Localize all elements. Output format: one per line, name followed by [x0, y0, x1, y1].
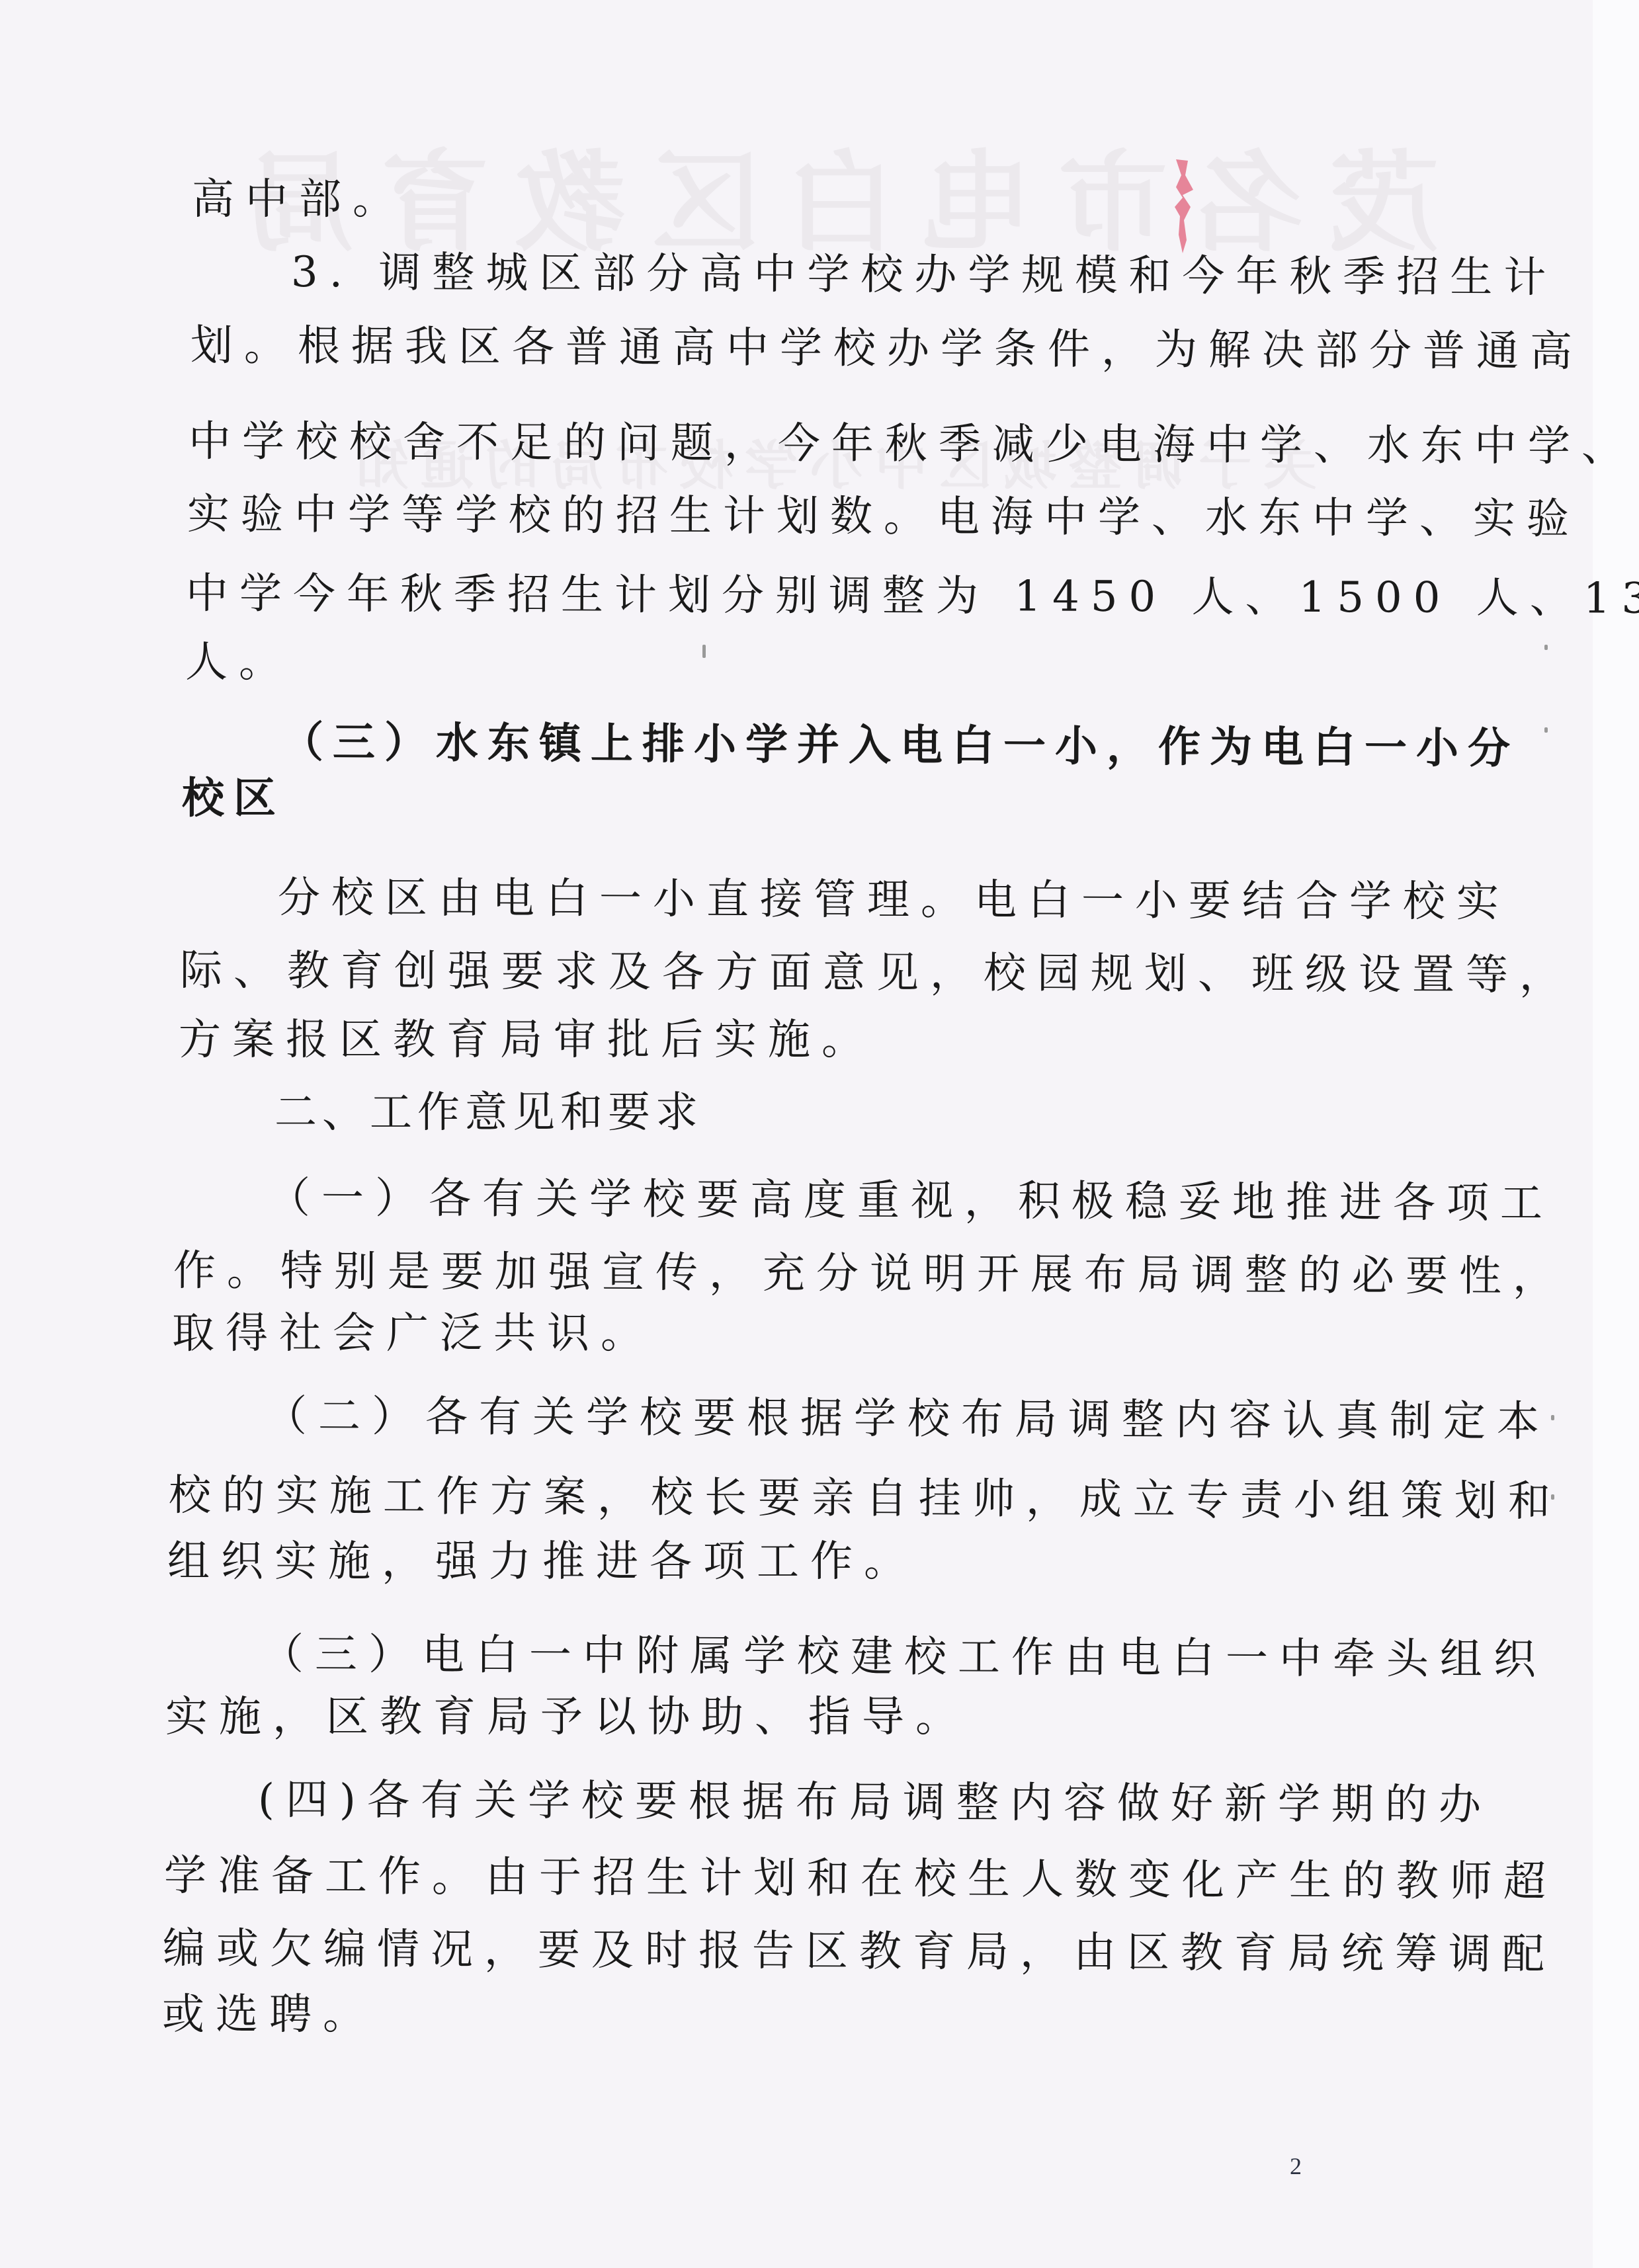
text-line: （二）各有关学校要根据学校布局调整内容认真制定本: [265, 1390, 1550, 1448]
scan-speck: [1544, 727, 1548, 733]
text-line: (四)各有关学校要根据布局调整内容做好新学期的办: [258, 1773, 1492, 1832]
scan-speck: [702, 645, 706, 658]
red-seal-fragment-icon: [1171, 155, 1197, 255]
text-line: 实施，区教育局予以协助、指导。: [165, 1691, 969, 1744]
section-heading: （三）水东镇上排小学并入电白一小，作为电白一小分: [281, 716, 1519, 776]
text-line: 作。特别是要加强宣传，充分说明开展布局调整的必要性，: [173, 1244, 1566, 1303]
text-line: 划。根据我区各普通高中学校办学条件，为解决部分普通高: [190, 319, 1583, 378]
text-line: 3. 调整城区部分高中学校办学规模和今年秋季招生计: [291, 246, 1558, 304]
text-line: 人。: [185, 636, 292, 689]
text-line: 取得社会广泛共识。: [172, 1307, 654, 1360]
text-line: 分校区由电白一小直接管理。电白一小要结合学校实: [278, 871, 1510, 929]
text-line: 编或欠编情况，要及时报告区教育局，由区教育局统筹调配: [163, 1922, 1556, 1981]
section-title: 二、工作意见和要求: [274, 1086, 703, 1139]
text-line: 组织实施，强力推进各项工作。: [167, 1535, 917, 1588]
section-heading: 校区: [182, 772, 285, 825]
text-line: 方案报区教育局审批后实施。: [179, 1014, 875, 1067]
text-line: 校的实施工作方案，校长要亲自挂帅，成立专责小组策划和: [169, 1469, 1562, 1528]
paper-edge: [1593, 0, 1639, 2268]
text-line: 中学校校舍不足的问题，今年秋季减少电海中学、水东中学、: [189, 415, 1635, 473]
scan-speck: [1544, 645, 1548, 650]
scan-speck: [1551, 1415, 1554, 1420]
page-number: 2: [1290, 2152, 1302, 2180]
text-line: 际、教育创强要求及各方面意见，校园规划、班级设置等，: [180, 944, 1573, 1002]
text-line: 实验中学等学校的招生计划数。电海中学、水东中学、实验: [187, 488, 1580, 546]
scan-speck: [1551, 1494, 1554, 1500]
text-line: 学准备工作。由于招生计划和在校生人数变化产生的教师超: [164, 1849, 1557, 1908]
text-line: 高中部。: [192, 173, 406, 226]
text-line: 或选聘。: [162, 1988, 376, 2041]
text-line: 中学今年秋季招生计划分别调整为 1450 人、1500 人、1300: [186, 567, 1639, 626]
text-line: （一）各有关学校要高度重视，积极稳妥地推进各项工: [268, 1172, 1554, 1230]
text-line: （三）电白一中附属学校建校工作由电白一中牵头组织: [261, 1628, 1547, 1686]
